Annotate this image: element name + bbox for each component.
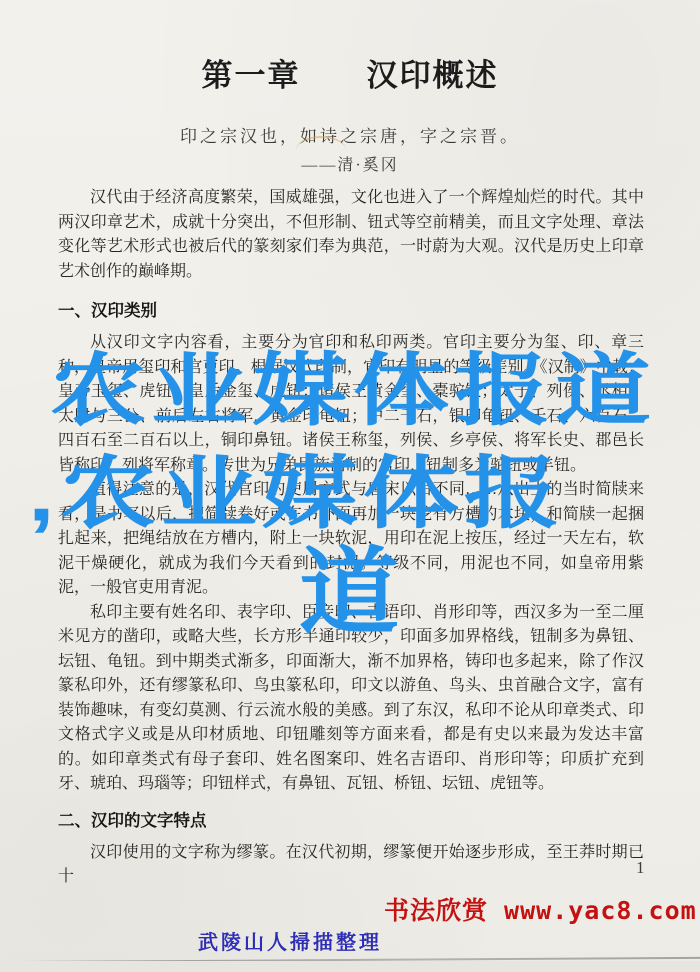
watermark-line-2: ,农业媒体报	[28, 455, 565, 534]
page-number: 1	[636, 858, 645, 878]
intro-paragraph: 汉代由于经济高度繁荣，国威雄强，文化也进入了一个辉煌灿烂的时代。其中两汉印章艺术…	[58, 186, 644, 284]
chapter-title: 第一章 汉印概述	[0, 50, 700, 95]
epigraph-attribution: ——清·奚冈	[0, 152, 700, 175]
watermark-line-1: 农业媒体报道	[50, 352, 656, 431]
watermark-line-3: 道	[299, 545, 399, 640]
section-heading-1: 一、汉印类别	[58, 299, 644, 323]
section-heading-2: 二、汉印的文字特点	[58, 809, 644, 833]
scanner-credit: 武陵山人掃描整理	[198, 926, 382, 955]
section2-paragraph-1: 汉印使用的文字称为缪篆。在汉代初期，缪篆便开始逐步形成，至王莽时期已十	[58, 841, 644, 890]
epigraph-text: 印之宗汉也，如诗之宗唐，字之宗晋。	[0, 122, 700, 147]
scan-background-strip	[0, 961, 700, 972]
site-watermark: 书法欣赏 www.yac8.com	[384, 891, 697, 927]
scanned-book-page: 第一章 汉印概述 印之宗汉也，如诗之宗唐，字之宗晋。 ——清·奚冈 汉代由于经济…	[0, 0, 700, 972]
